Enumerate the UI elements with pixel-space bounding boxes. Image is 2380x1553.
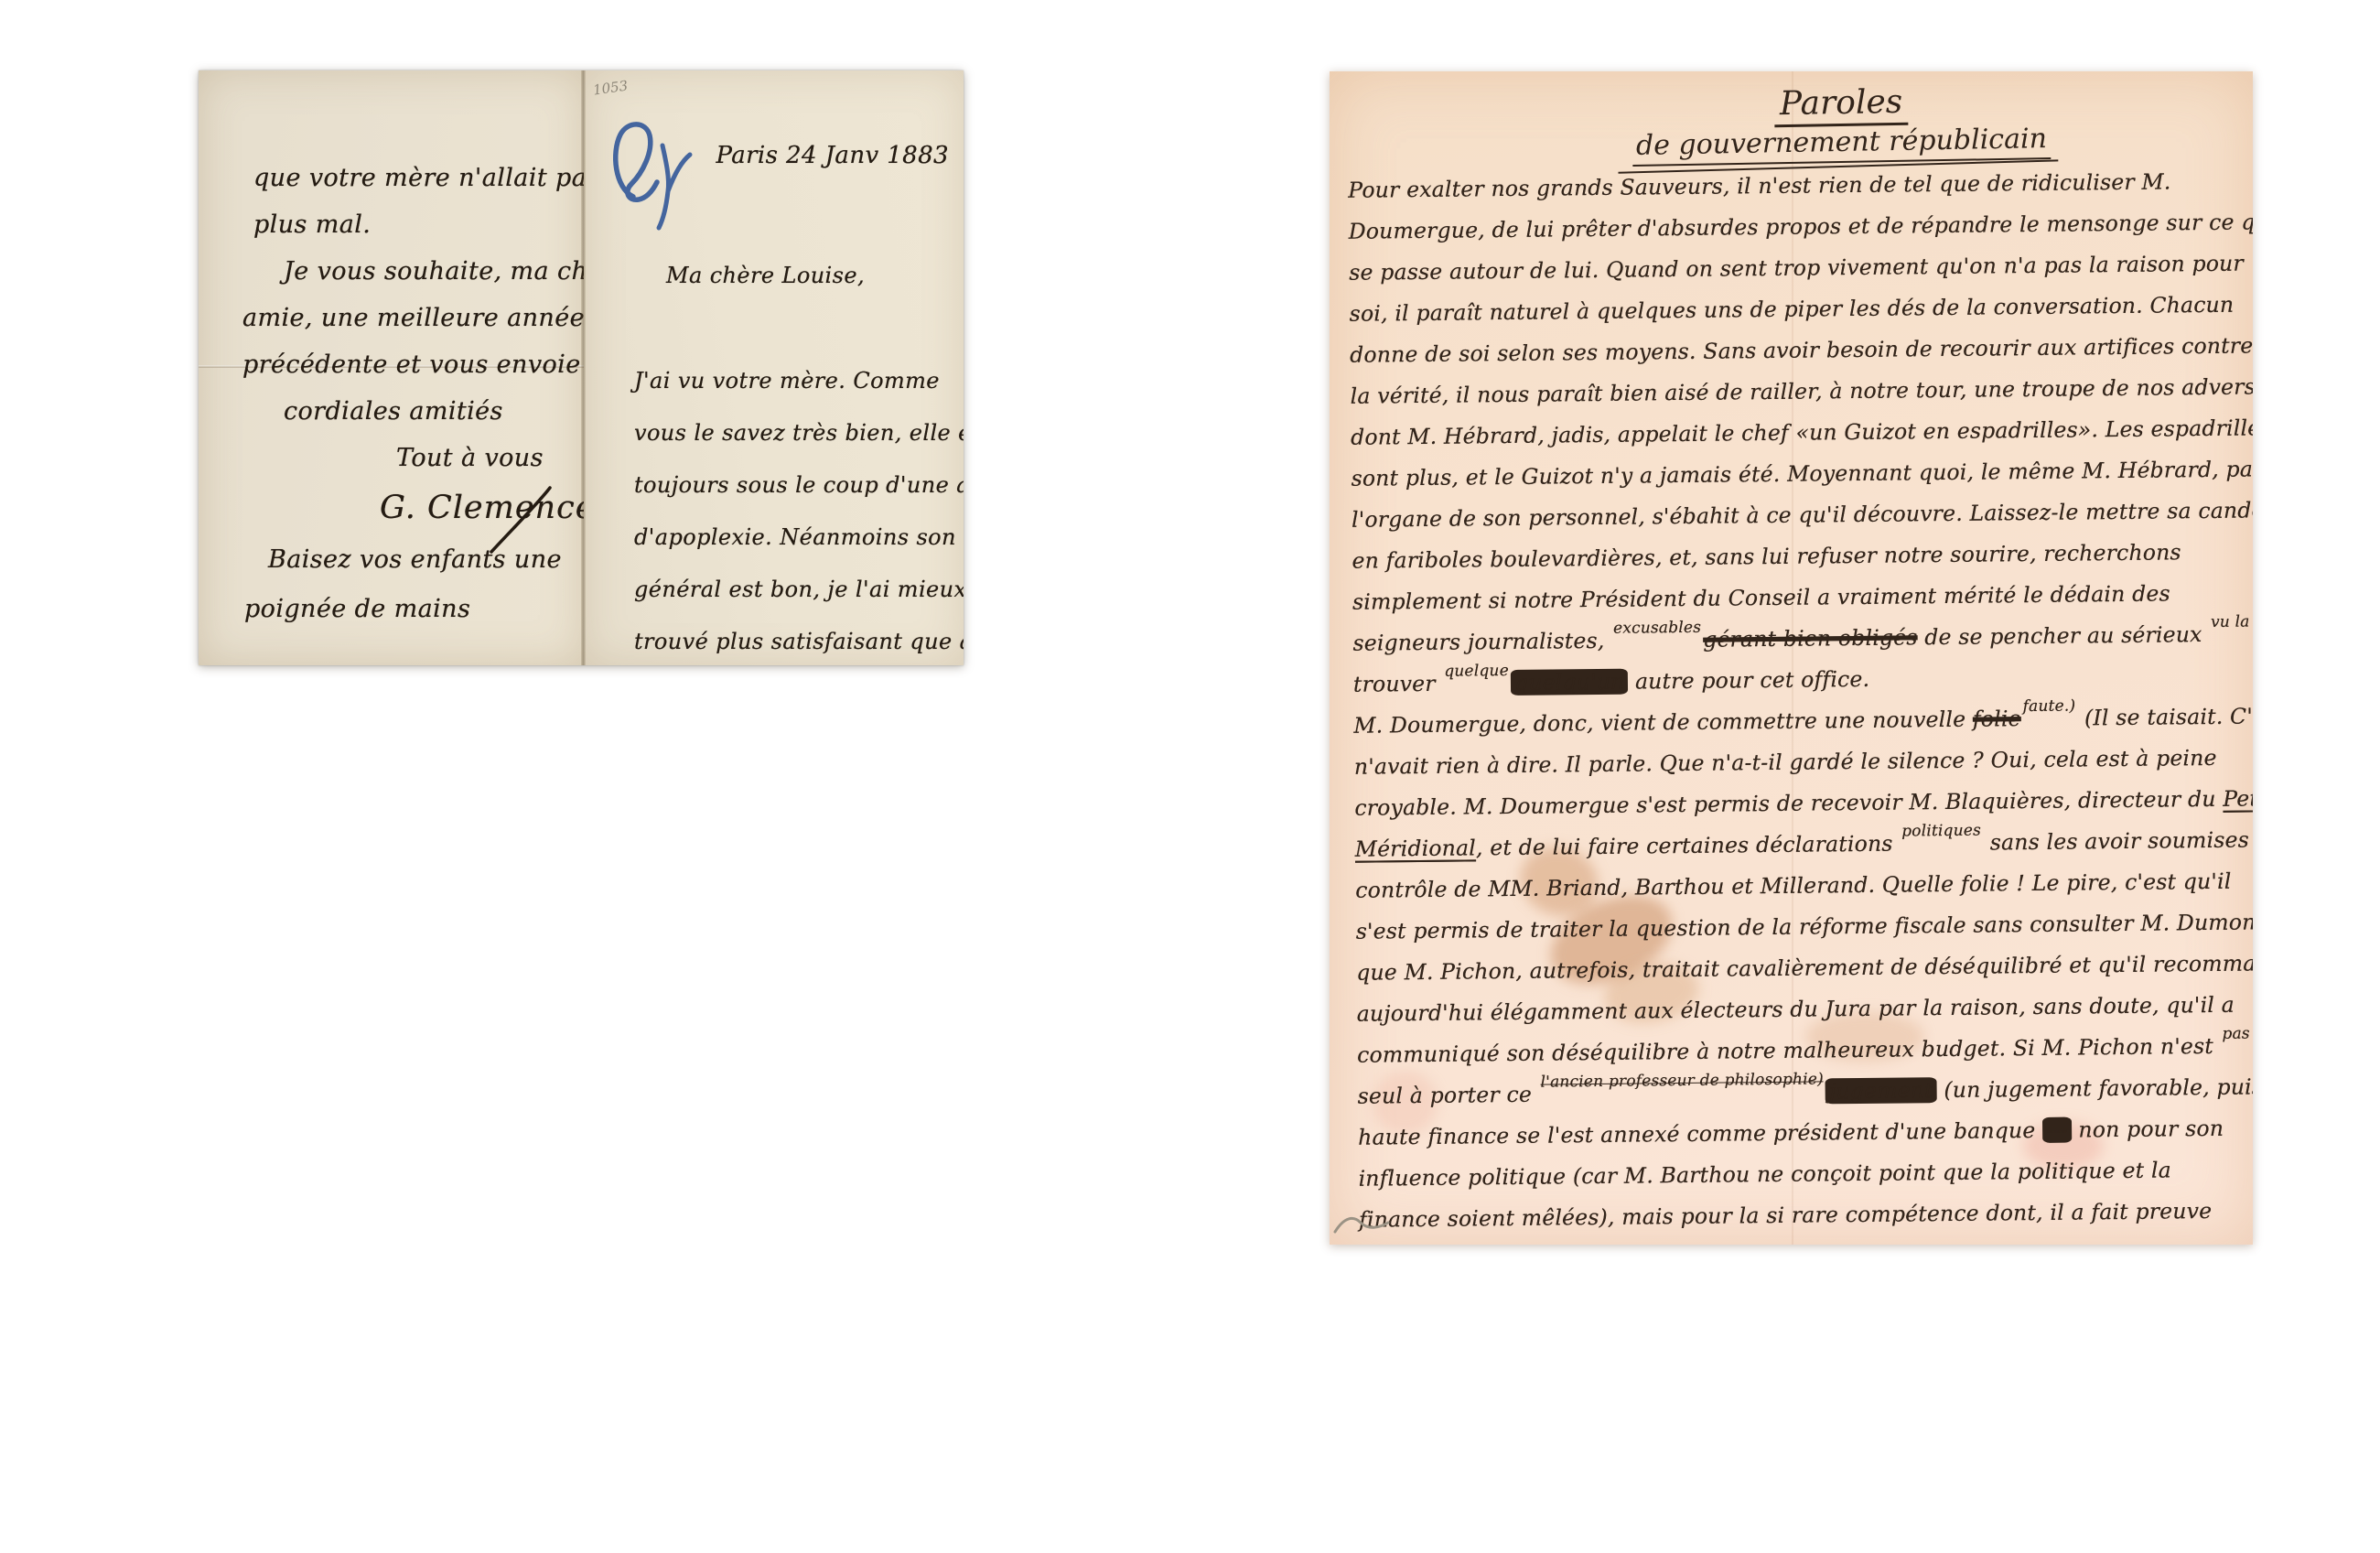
handwritten-text: seigneurs journalistes,: [1352, 628, 1611, 656]
handwritten-text: (Il se taisait. C'est qu'il: [2077, 702, 2253, 730]
handwritten-text: toujours sous le coup d'une attaque: [634, 472, 964, 498]
text-line: général est bon, je l'ai mieux: [634, 564, 964, 616]
text-line: plus mal.: [253, 201, 584, 248]
text-line: amie, une meilleure année que la: [242, 295, 584, 341]
handwritten-text: précédente et vous envoie mes: [242, 351, 584, 379]
handwritten-text: en fariboles boulevardières, et, sans lu…: [1352, 539, 2181, 573]
handwritten-text: sans les avoir soumises au: [1983, 826, 2253, 855]
handwritten-text: contrôle de MM. Briand, Barthou et Mille…: [1355, 868, 2231, 903]
underlined-text: Petit: [2223, 785, 2253, 812]
handwritten-text: que M. Pichon, autrefois, traitait caval…: [1356, 950, 2253, 986]
manuscript-title-block: Paroles de gouvernement républicain: [1330, 71, 2253, 163]
manuscript-body: Pour exalter nos grands Sauveurs, il n'e…: [1330, 153, 2253, 1241]
pencil-mark: [1331, 1204, 1405, 1245]
inserted-text: faute.): [2023, 706, 2076, 706]
letter-page-left: que votre mère n'allait pasplus mal.Je v…: [199, 70, 584, 665]
handwritten-text: trouvé plus satisfaisant que à: [634, 629, 964, 654]
text-line: J'ai vu votre mère. Comme: [634, 355, 964, 407]
underlined-text: Méridional: [1355, 835, 1476, 861]
handwritten-text: vous le savez très bien, elle est: [634, 420, 964, 446]
blue-monogram-mark: [604, 118, 706, 233]
handwritten-text: s'est permis de traiter la question de l…: [1356, 909, 2253, 944]
manuscript-document: Paroles de gouvernement républicain Pour…: [1330, 71, 2253, 1245]
scan-canvas: que votre mère n'allait pasplus mal.Je v…: [0, 0, 2380, 1553]
struck-text: gérant bien obligés: [1703, 624, 1918, 652]
signature-flourish: [484, 484, 557, 557]
letter-page-right: 1053 Paris 24 Janv 1883 Ma chère Louise,…: [584, 70, 964, 665]
handwritten-text: finance soient mêlées), mais pour la si …: [1359, 1198, 2212, 1233]
text-line: cordiales amitiés: [284, 388, 584, 435]
letter-right-lines: Ma chère Louise,J'ai vu votre mère. Comm…: [634, 250, 964, 665]
handwritten-text: non pour son: [2072, 1116, 2224, 1143]
handwritten-text: général est bon, je l'ai mieux: [634, 577, 964, 602]
inserted-text: excusables: [1613, 628, 1701, 629]
text-line: précédente et vous envoie mes: [242, 341, 584, 388]
handwritten-text: Je vous souhaite, ma chère: [284, 257, 584, 286]
struck-text: folie: [1973, 706, 2021, 732]
text-line: toujours sous le coup d'une attaque: [634, 459, 964, 512]
inserted-text: politiques: [1901, 831, 1981, 832]
handwritten-text: amie, une meilleure année que la: [242, 304, 584, 332]
handwritten-text: croyable. M. Doumergue s'est permis de r…: [1354, 786, 2223, 821]
pencil-number: 1053: [592, 77, 629, 98]
text-line: Je vous souhaite, ma chère: [284, 248, 584, 295]
handwritten-text: communiqué son déséquilibre à notre malh…: [1357, 1033, 2221, 1068]
handwritten-text: , et de lui faire certaines déclarations: [1476, 831, 1901, 861]
text-line: Ma chère Louise,: [666, 250, 964, 302]
text-line: vous le savez très bien, elle est: [634, 407, 964, 459]
handwritten-text: la vérité, il nous paraît bien aisé de r…: [1351, 373, 2253, 409]
inserted-text: l'ancien professeur de philosophie): [1541, 1079, 1824, 1084]
inserted-text: quelque: [1444, 671, 1509, 672]
handwritten-text: simplement si notre Président du Conseil…: [1352, 580, 2170, 614]
letter-left-lines: que votre mère n'allait pasplus mal.Je v…: [199, 155, 584, 632]
blotted-text: —: [2042, 1117, 2072, 1143]
manuscript-title: Paroles: [1774, 83, 1909, 128]
handwritten-text: que votre mère n'allait pas: [253, 164, 584, 192]
handwritten-text: n'avait rien à dire. Il parle. Que n'a-t…: [1354, 745, 2217, 780]
handwritten-text: haute finance se l'est annexé comme prés…: [1358, 1117, 2042, 1150]
handwritten-text: M. Doumergue, donc, vient de commettre u…: [1353, 706, 1973, 739]
text-line: que votre mère n'allait pas: [253, 155, 584, 201]
handwritten-text: influence politique (car M. Barthou ne c…: [1358, 1157, 2171, 1191]
handwritten-text: donne de soi selon ses moyens. Sans avoi…: [1350, 332, 2253, 367]
inserted-text: vu la difficulté de: [2211, 620, 2253, 622]
handwritten-text: J'ai vu votre mère. Comme: [634, 368, 940, 394]
handwritten-text: (un jugement favorable, puisque je vois …: [1937, 1072, 2253, 1103]
handwritten-text: se passe autour de lui. Quand on sent tr…: [1349, 251, 2244, 286]
handwritten-text: Doumergue, de lui prêter d'absurdes prop…: [1349, 209, 2253, 244]
handwritten-text: Ma chère Louise,: [666, 263, 865, 288]
fold-divide: [581, 70, 586, 665]
text-line: finance soient mêlées), mais pour la si …: [1359, 1190, 2253, 1240]
handwritten-text: de se pencher au sérieux: [1917, 621, 2209, 650]
handwritten-text: dont M. Hébrard, jadis, appelait le chef…: [1351, 415, 2253, 450]
handwritten-text: aujourd'hui élégamment aux électeurs du …: [1357, 992, 2235, 1027]
text-line: Tout à vous: [396, 435, 584, 481]
blotted-text: quelqu'un: [1511, 669, 1629, 696]
handwritten-text: poignée de mains: [244, 595, 470, 623]
handwritten-text: soi, il paraît naturel à quelques uns de…: [1350, 292, 2235, 327]
handwritten-text: seul à porter ce: [1358, 1082, 1539, 1109]
handwritten-text: l'organe de son personnel, s'ébahit à ce…: [1352, 497, 2253, 533]
handwritten-text: trouver: [1353, 671, 1443, 697]
text-line: trouvé plus satisfaisant que à: [634, 616, 964, 665]
blotted-text: jugement: [1825, 1077, 1937, 1104]
handwritten-text: plus mal.: [253, 210, 371, 239]
letter-dateline: Paris 24 Janv 1883: [716, 142, 949, 169]
handwritten-text: autre pour cet office.: [1628, 666, 1869, 695]
handwritten-text: Pour exalter nos grands Sauveurs, il n'e…: [1348, 168, 2170, 202]
text-line: d'apoplexie. Néanmoins son état: [634, 512, 964, 564]
handwritten-text: sont plus, et le Guizot n'y a jamais été…: [1351, 456, 2253, 491]
handwritten-text: Tout à vous: [396, 444, 544, 472]
handwritten-text: cordiales amitiés: [284, 397, 503, 426]
handwritten-text: d'apoplexie. Néanmoins son état: [634, 524, 964, 550]
letter-document: que votre mère n'allait pasplus mal.Je v…: [199, 70, 964, 665]
text-line: poignée de mains: [244, 586, 584, 632]
